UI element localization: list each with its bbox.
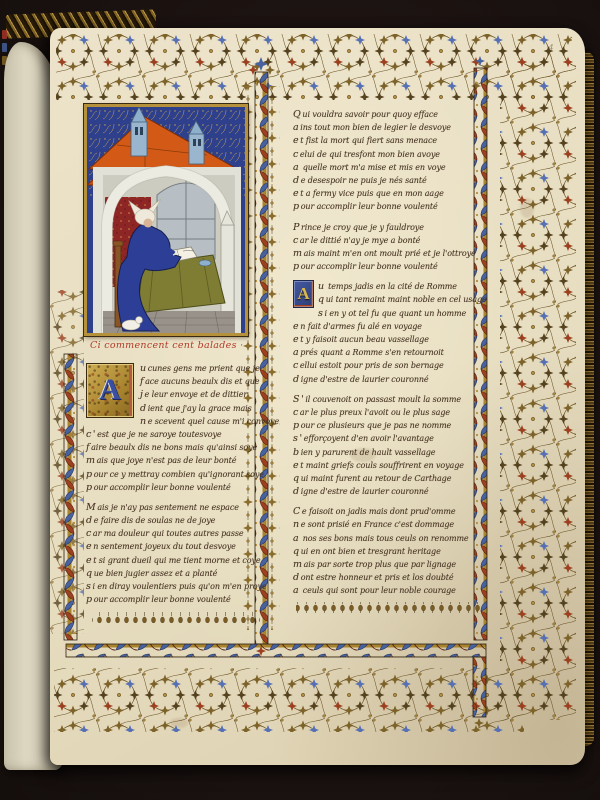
stanza-gap — [293, 214, 499, 221]
verse-line: ains tout mon bien de legier le desvoye — [293, 121, 499, 134]
verse-line: si en y ot tel fu que quant un homme — [293, 307, 499, 320]
verse-line: mais maint m'en ont moult prié et je l'o… — [293, 247, 499, 260]
verse-line: mais par sorte trop plus que par lignage — [293, 558, 499, 571]
verse-line: pour accomplir leur bonne voulenté — [86, 593, 274, 606]
verse-line: car le dittié n'ay je mye a bonté — [293, 234, 499, 247]
verse-line: qui maint furent au retour de Carthage — [293, 472, 499, 485]
verse-line: en fait d'armes fu alé en voyage — [293, 320, 499, 333]
verse-line: et maint griefs couls souffrirent en voy… — [293, 459, 499, 472]
verse-line: de desespoir ne puis je nés santé — [293, 174, 499, 187]
ballade-2-text: u temps jadis en la cité de Rommequi tan… — [293, 280, 499, 386]
verse-line: qui en ont bien et tresgrant heritage — [293, 545, 499, 558]
verse-line: en sentement joyeux du tout desvoye — [86, 540, 274, 553]
stanza-gap — [293, 498, 499, 505]
verse-line: et fist la mort qui fiert sans menace — [293, 134, 499, 147]
verse-line: pour accomplir leur bonne voulenté — [293, 260, 499, 273]
verse-line: digne d'estre de laurier couronné — [293, 373, 499, 386]
verse-line: et si grant dueil qui me tient morne et … — [86, 554, 274, 567]
verse-line: pour accomplir leur bonne voulenté — [86, 481, 274, 494]
ballade-2-continued: S'il couvenoit on passast moult la somme… — [293, 393, 499, 598]
verse-line: et y faisoit aucun beau vassellage — [293, 333, 499, 346]
verse-line: u temps jadis en la cité de Romme — [293, 280, 499, 293]
photograph-of-manuscript: Ci commencent cent balades · 4 · A ucune… — [0, 0, 600, 800]
verse-line: si en diray voulentiers puis qu'on m'en … — [86, 580, 274, 593]
verse-line: s'efforçoyent d'en avoir l'avantage — [293, 432, 499, 445]
verse-line: pour ce plusieurs que je pas ne nomme — [293, 419, 499, 432]
bookmark-tab — [2, 30, 7, 39]
text-column-1: A ucunes gens me prient que jeface aucun… — [86, 362, 274, 606]
miniature-illustration — [87, 107, 245, 333]
verse-line: Qui vouldra savoir pour quoy efface — [293, 108, 499, 121]
verse-line: cellui estoit pour pris de son bernage — [293, 359, 499, 372]
verse-line: celui de qui tresfont mon bien avoye — [293, 148, 499, 161]
verse-line: faire beaulx dis ne bons mais qu'ainsi s… — [86, 441, 274, 454]
bookmark-tab — [2, 43, 7, 52]
illuminated-initial-A-small: A — [293, 280, 314, 308]
illuminated-initial-A: A — [86, 363, 134, 418]
verse-line: Ce faisoit on jadis mais dont prud'omme — [293, 505, 499, 518]
ballade-2-opening: A u temps jadis en la cité de Rommequi t… — [293, 280, 499, 386]
verse-line: a quelle mort m'a mise et mis en voye — [293, 161, 499, 174]
verse-line: a ceuls qui sont pour leur noble courage — [293, 584, 499, 597]
verse-line: aprés quant a Romme s'en retournoit — [293, 346, 499, 359]
verse-line: a nos ses bons mais tous ceuls on renomm… — [293, 532, 499, 545]
verse-line: Prince je croy que je y fauldroye — [293, 221, 499, 234]
verse-line: qui tant remaint maint noble en cel usag… — [293, 293, 499, 306]
rubric-incipit: Ci commencent cent balades · — [90, 340, 243, 351]
folio-number: 4 · — [548, 44, 565, 54]
verse-line: Mais je n'ay pas sentement ne espace — [86, 501, 274, 514]
verse-line: pour accomplir leur bonne voulenté — [293, 200, 499, 213]
text-column-2: Qui vouldra savoir pour quoy effaceains … — [293, 108, 499, 598]
manuscript-page: Ci commencent cent balades · 4 · A ucune… — [50, 28, 585, 765]
verse-line: de faire dis de soulas ne de joye — [86, 514, 274, 527]
stanza-gap — [86, 494, 274, 501]
miniature-frame — [84, 104, 248, 336]
verse-line: S'il couvenoit on passast moult la somme — [293, 393, 499, 406]
verse-line: car le plus preux l'avoit ou le plus sag… — [293, 406, 499, 419]
verse-line: mais que joye n'est pas de leur bonté — [86, 454, 274, 467]
verse-line: dont estre honneur et pris et los doubté — [293, 571, 499, 584]
verse-line: pour ce y mettray combien qu'ignorant so… — [86, 468, 274, 481]
verse-line: c'est que je ne saroye toutesvoye — [86, 428, 274, 441]
verse-line: car ma douleur qui toutes autres passe — [86, 527, 274, 540]
verse-line: ne sont prisié en France c'est dommage — [293, 518, 499, 531]
verse-line: bien y parurent de hault vassellage — [293, 446, 499, 459]
verse-line: digne d'estre de laurier couronné — [293, 485, 499, 498]
ballade-1-continued: Qui vouldra savoir pour quoy effaceains … — [293, 108, 499, 273]
verse-line: que bien jugier assez et a planté — [86, 567, 274, 580]
verse-line: et a fermy vice puis que en mon aage — [293, 187, 499, 200]
